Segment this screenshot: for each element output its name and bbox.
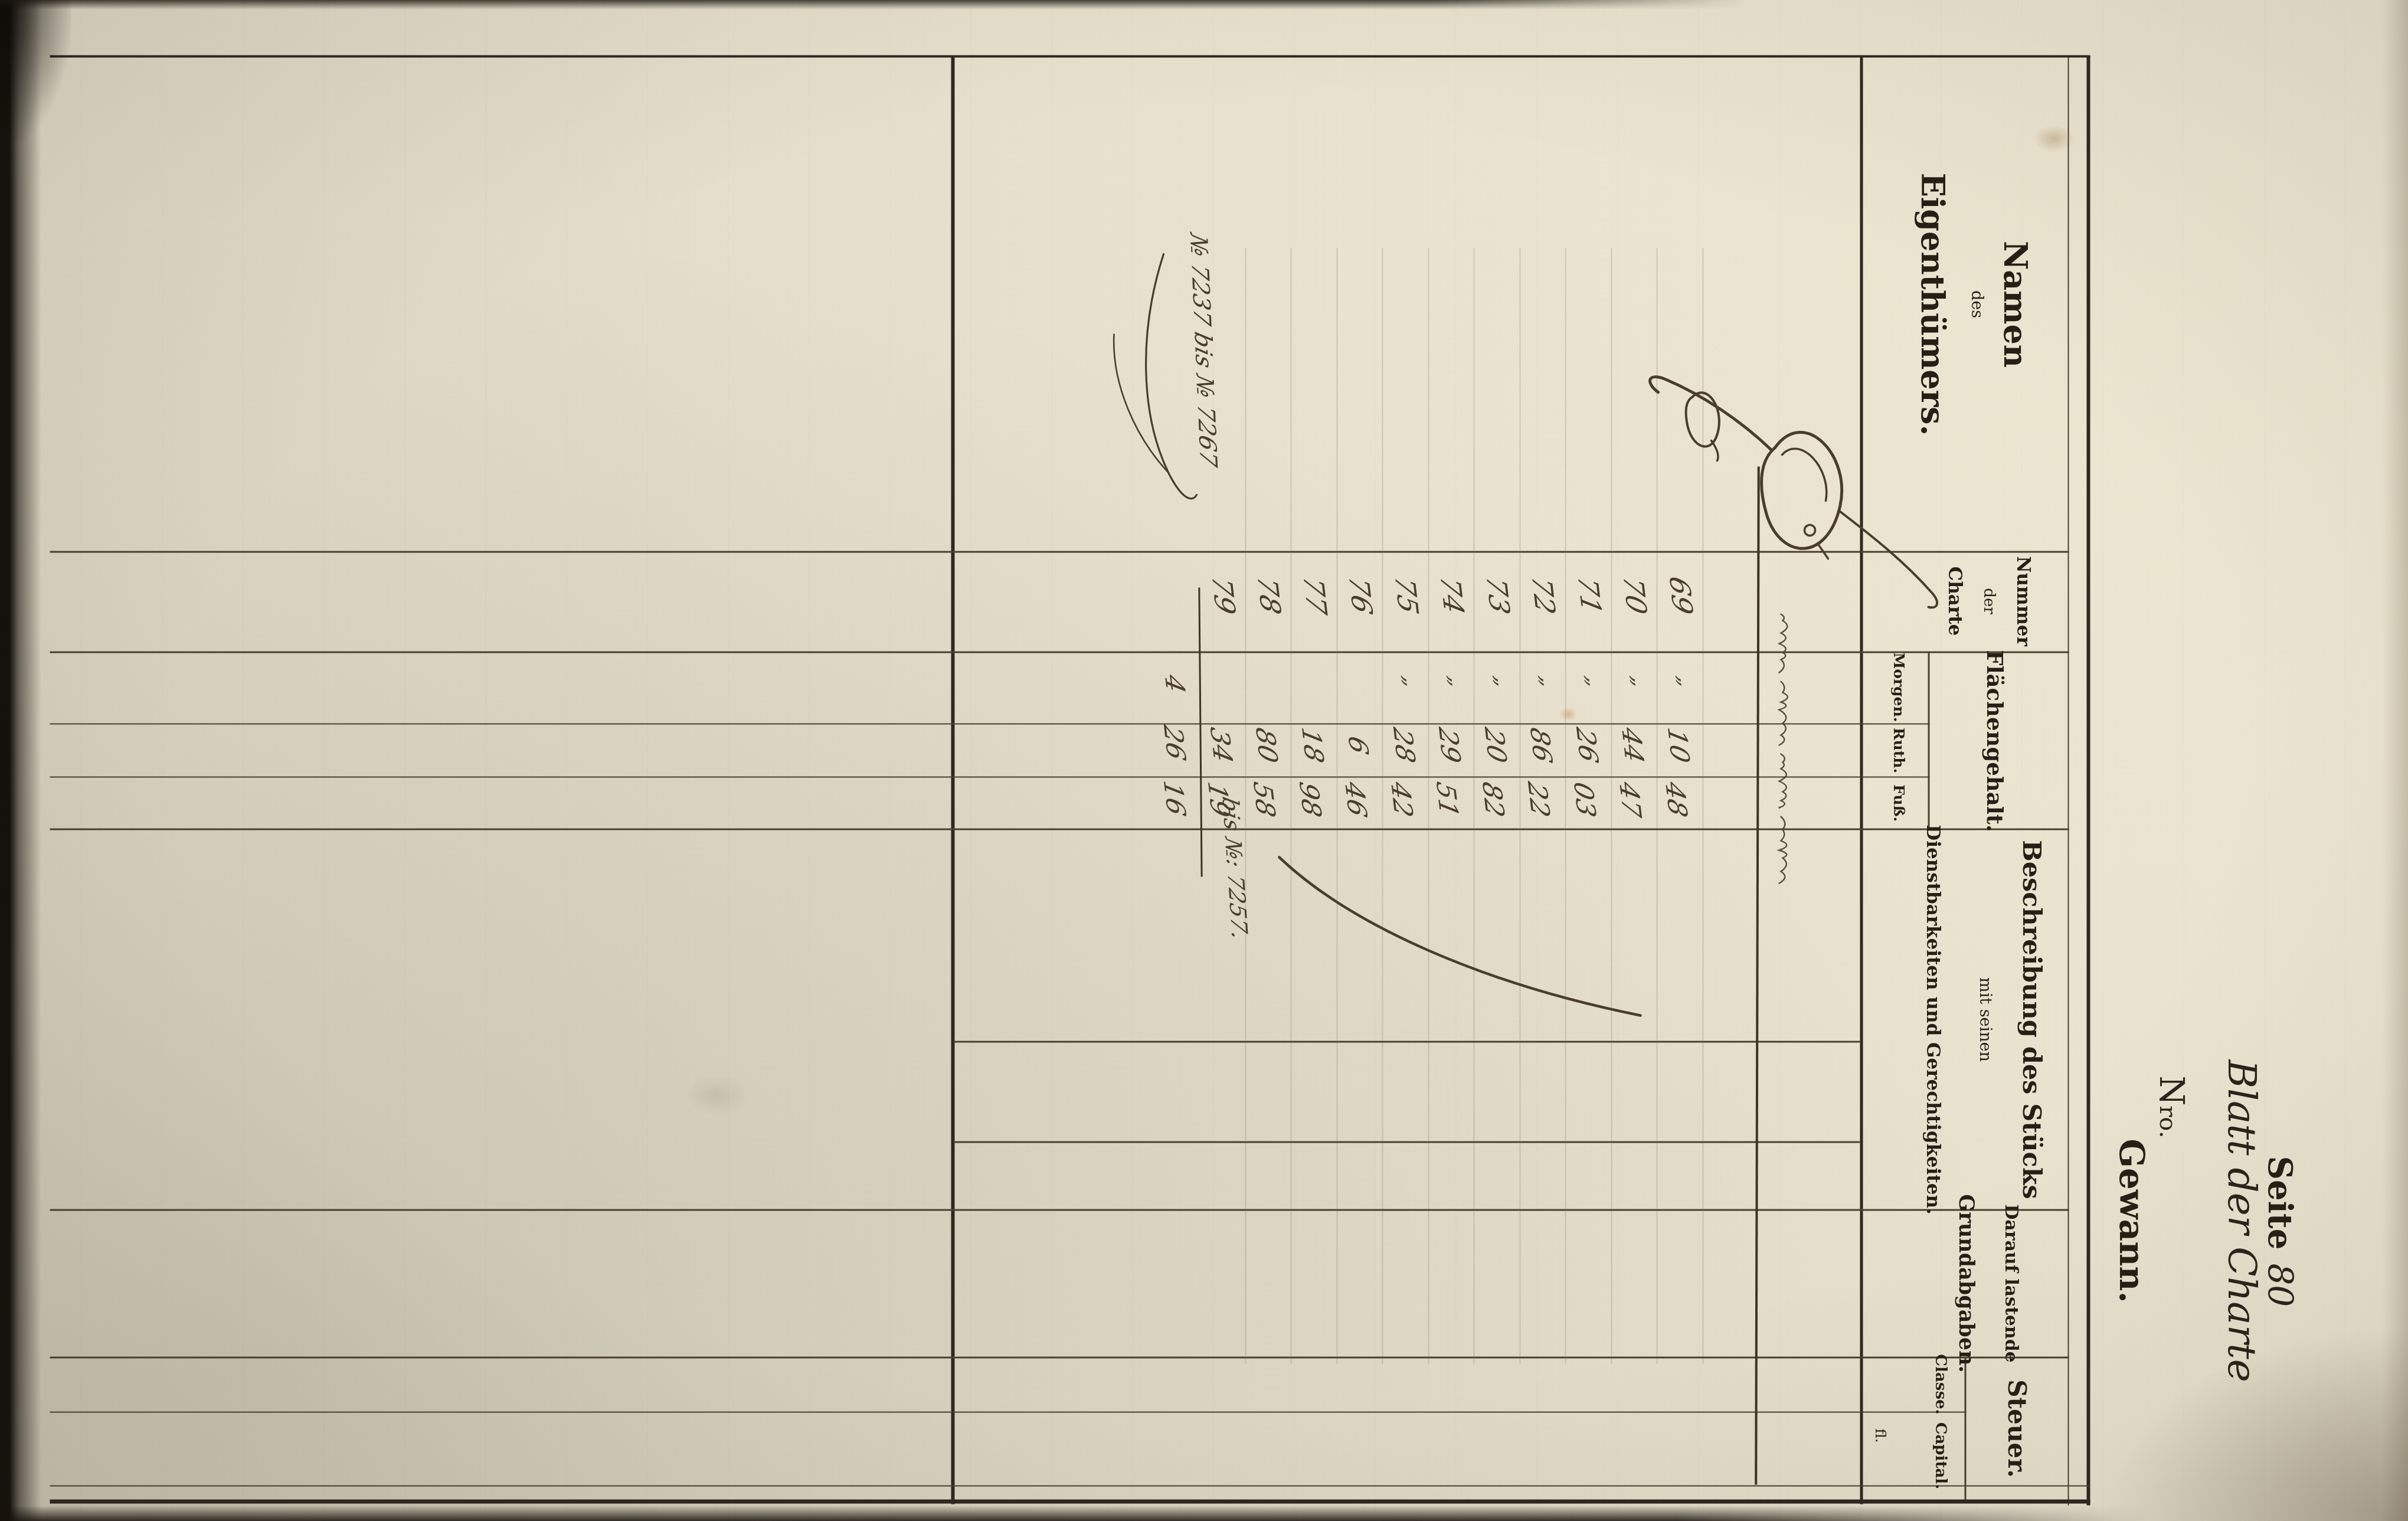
scanned-ledger-page: Seite 80 Blatt der Charte Nro. Gewann. N… — [0, 0, 2408, 1521]
first-row-script — [1779, 614, 1788, 892]
ledger-sheet: Seite 80 Blatt der Charte Nro. Gewann. N… — [0, 1, 2408, 1521]
owner-ditto-mark — [1686, 392, 1719, 460]
margin-note-flourish — [1146, 254, 1197, 499]
ink-flourishes — [0, 1, 2408, 1521]
bracket-flourish — [1280, 858, 1641, 1016]
